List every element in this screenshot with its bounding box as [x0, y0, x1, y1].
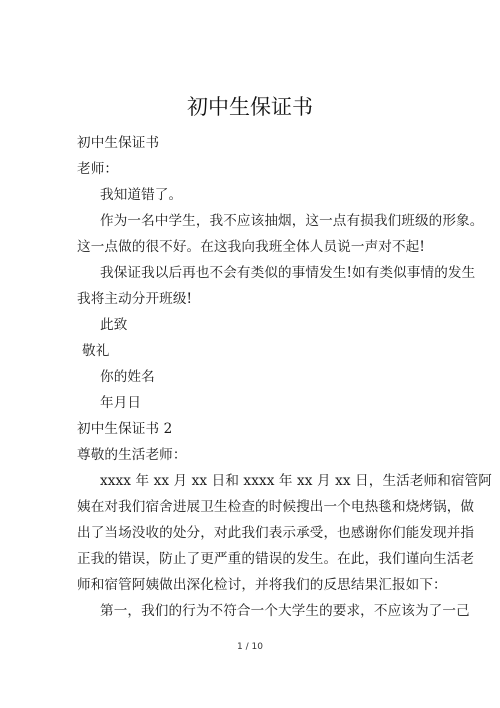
salutation: 尊敬的生活老师： — [77, 446, 187, 464]
closing-line: 此致 — [100, 316, 127, 334]
paragraph-line: 我保证我以后再也不会有类似的事情发生!如有类似事情的发生 — [100, 264, 475, 282]
paragraph-line: 第一，我们的行为不符合一个大学生的要求，不应该为了一己 — [100, 602, 470, 620]
paragraph-line: 作为一名中学生，我不应该抽烟，这一点有损我们班级的形象。 — [100, 212, 483, 230]
document-page: 初中生保证书 初中生保证书 老师： 我知道错了。 作为一名中学生，我不应该抽烟，… — [0, 0, 500, 708]
signature-date: 年月日 — [100, 394, 141, 412]
section-heading: 初中生保证书 — [77, 134, 159, 152]
paragraph-line: 我知道错了。 — [100, 186, 182, 204]
salutation: 老师： — [77, 160, 118, 178]
paragraph-line: 我将主动分开班级! — [77, 290, 192, 308]
paragraph-line: 姨在对我们宿舍进展卫生检查的时候搜出一个电热毯和烧烤锅，做 — [77, 498, 474, 516]
paragraph-line: 正我的错误，防止了更严重的错误的发生。在此，我们谨向生活老 — [77, 550, 474, 568]
section-heading: 初中生保证书 2 — [77, 420, 172, 438]
signature-name: 你的姓名 — [100, 368, 155, 386]
paragraph-line: 这一点做的很不好。在这我向我班全体人员说一声对不起! — [77, 238, 425, 256]
paragraph-line: 师和宿管阿姨做出深化检讨，并将我们的反思结果汇报如下： — [77, 576, 447, 594]
closing-line: 敬礼 — [82, 342, 109, 360]
paragraph-line: xxxx 年 xx 月 xx 日和 xxxx 年 xx 月 xx 日，生活老师和… — [100, 472, 492, 490]
document-title: 初中生保证书 — [0, 93, 500, 121]
page-number: 1 / 10 — [0, 642, 500, 652]
paragraph-line: 出了当场没收的处分，对此我们表示承受，也感谢你们能发现并指 — [77, 524, 474, 542]
